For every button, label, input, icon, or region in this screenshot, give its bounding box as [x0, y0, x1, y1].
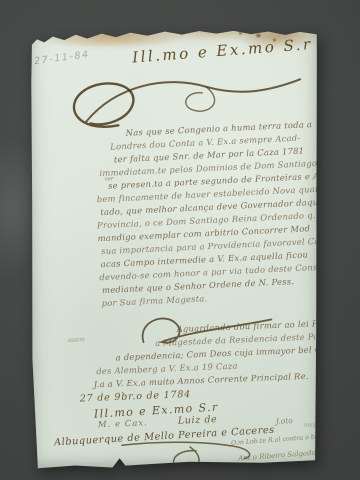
body-paragraph-1: Nas que se Congenio a huma terra toda a … — [92, 118, 324, 310]
paper-shadow-wrap: 27-11-84 Ill.mo e Ex.mo S.r Nas que se C… — [31, 29, 318, 468]
ink-spot — [239, 32, 242, 35]
interlinear-correction: ver — [105, 176, 114, 182]
manuscript-photo: 27-11-84 Ill.mo e Ex.mo S.r Nas que se C… — [0, 0, 360, 480]
ink-spot — [256, 34, 261, 38]
corner-annotation: J.oto — [276, 416, 293, 426]
archival-pencil-date: 27-11-84 — [34, 49, 91, 67]
closing-courtesy: M. e Cax. — [98, 418, 148, 430]
marginal-note: assim — [67, 336, 85, 344]
manuscript-paper: 27-11-84 Ill.mo e Ex.mo S.r Nas que se C… — [30, 28, 319, 468]
signature-name-prefix: Luiz de — [178, 414, 218, 427]
corner-annotation: muy — [304, 422, 316, 429]
body-paragraph-2: Aguardando dou firmar ao lei Pax a Mages… — [91, 317, 323, 391]
